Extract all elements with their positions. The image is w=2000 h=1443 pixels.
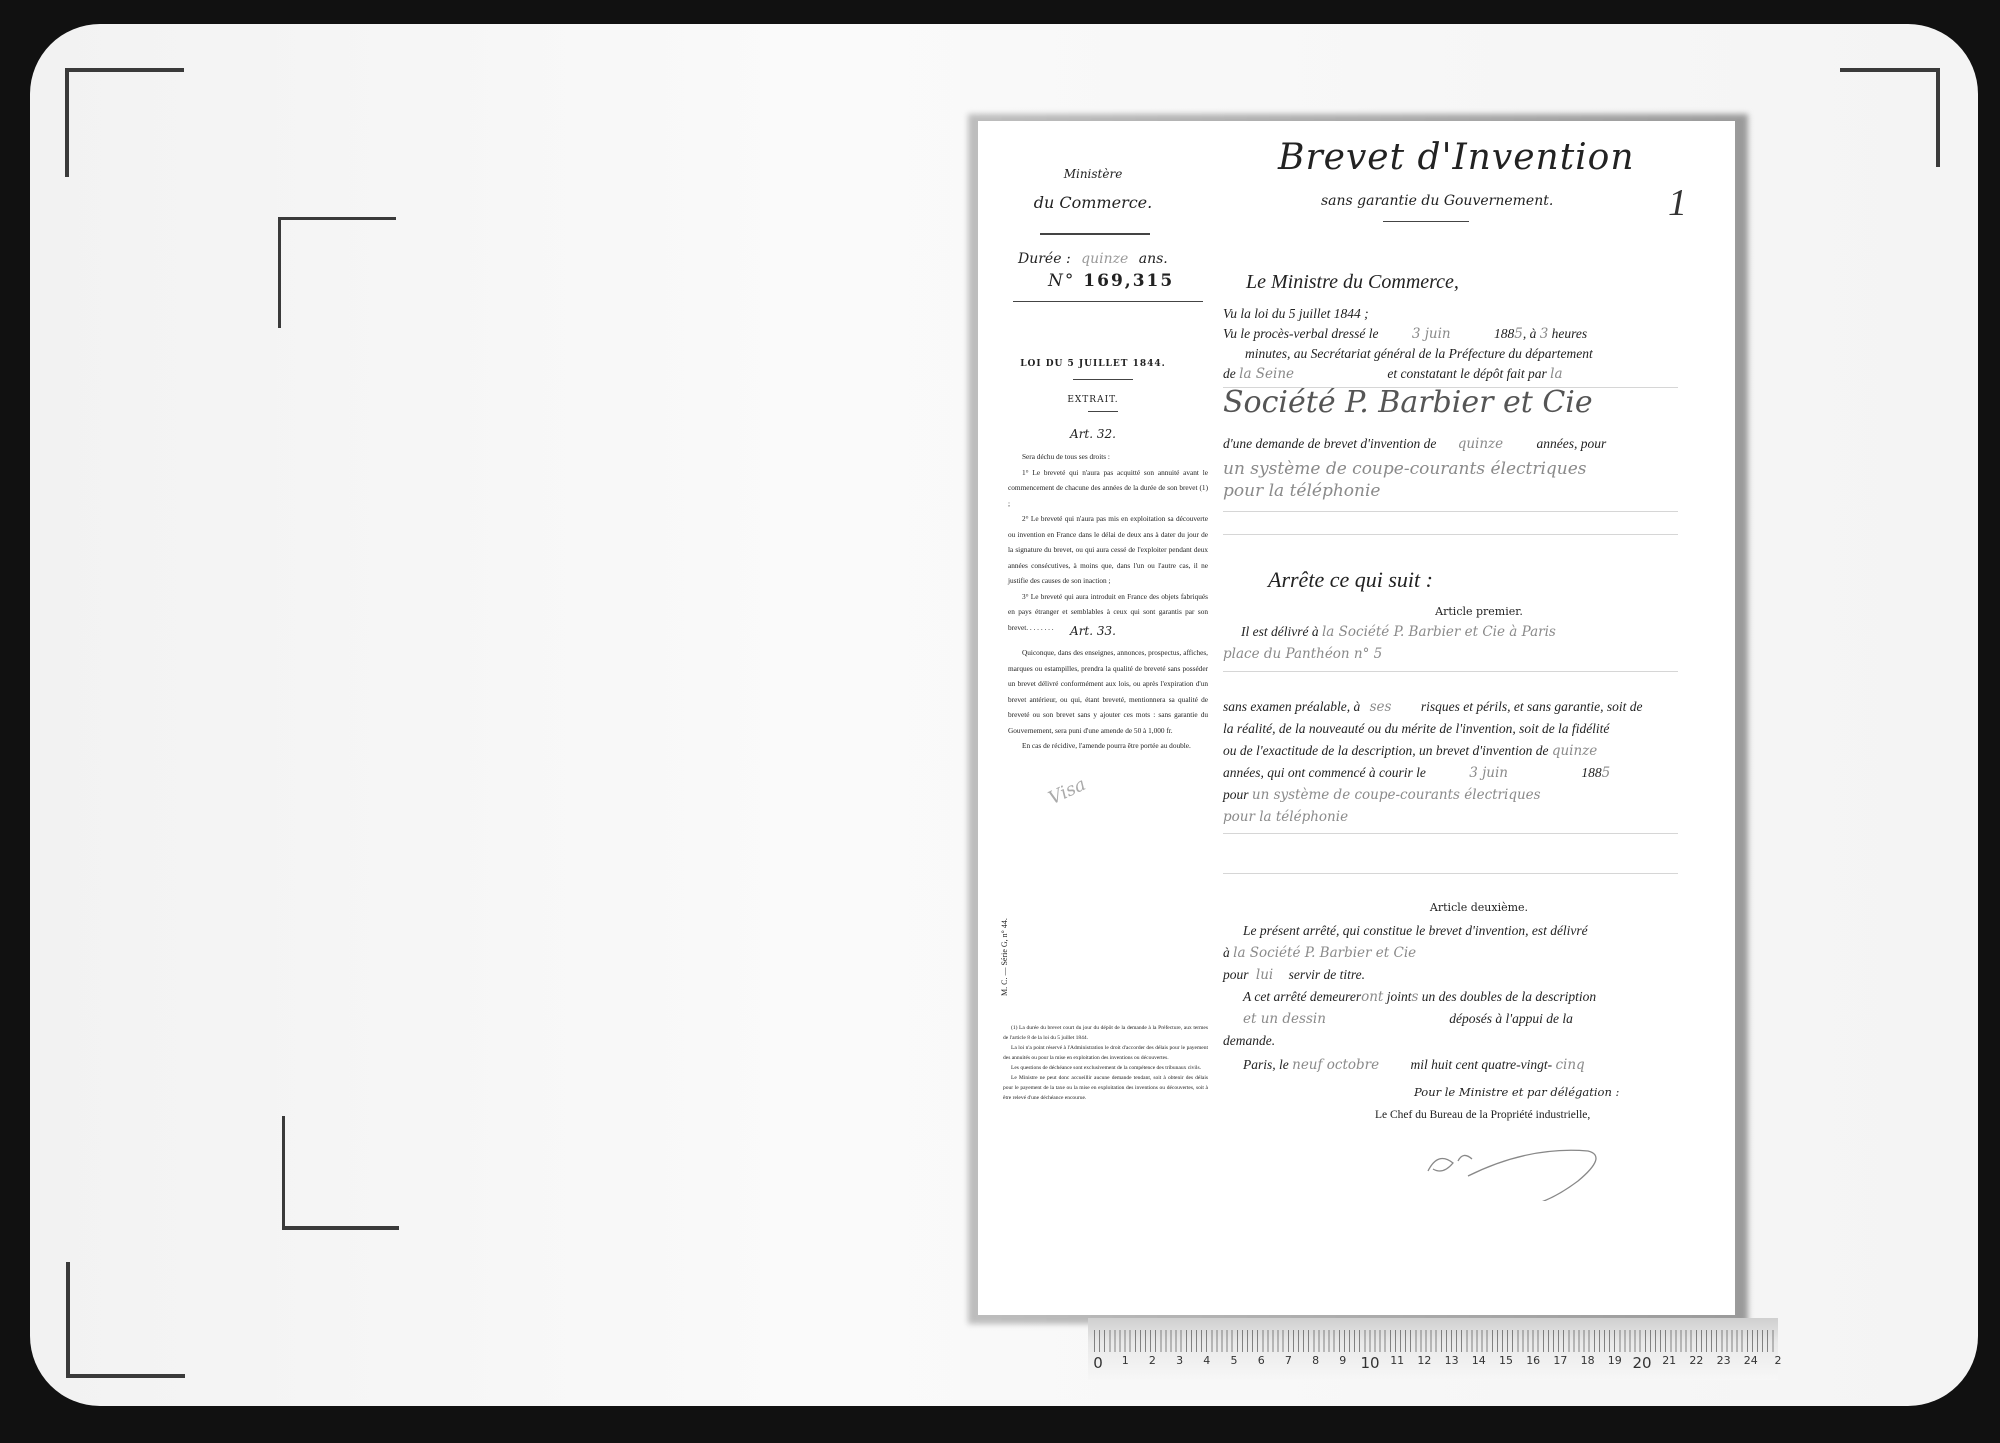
article-1-line-b: sans examen préalable, à ses risques et … — [1223, 697, 1678, 717]
signature-flourish — [1398, 1131, 1618, 1201]
extract-label: EXTRAIT. — [978, 395, 1208, 405]
ruler-label: 18 — [1581, 1354, 1595, 1367]
art1-e: ou de l'exactitude de la description, un… — [1223, 743, 1548, 758]
ruler-label: 13 — [1445, 1354, 1459, 1367]
pv-date: 3 juin — [1412, 326, 1451, 342]
ministry-label: Ministère — [978, 167, 1208, 181]
ruler-label: 17 — [1553, 1354, 1567, 1367]
ruler-label: 8 — [1312, 1354, 1319, 1367]
demande-years: quinze — [1458, 436, 1503, 452]
proces-verbal-line: Vu le procès-verbal dressé le 3 juin 188… — [1223, 324, 1678, 344]
art2-joint: joint — [1387, 989, 1412, 1004]
article-2-title-line: pour lui servir de titre. — [1223, 965, 1678, 985]
article-32-para-1: 1° Le breveté qui n'aura pas acquitté so… — [1008, 465, 1208, 512]
ministry-name: du Commerce. — [978, 193, 1208, 212]
art2-annex: et un dessin — [1243, 1011, 1326, 1027]
duration-label: Durée : — [1018, 251, 1071, 267]
form-rule — [1223, 833, 1678, 834]
footnote-4: Le Ministre ne peut donc accueillir aucu… — [1003, 1073, 1208, 1103]
document-subtitle: sans garantie du Gouvernement. — [1321, 193, 1553, 209]
divider — [1088, 411, 1118, 412]
ruler-label: 12 — [1417, 1354, 1431, 1367]
pv-year-suffix: 5 — [1514, 326, 1523, 342]
art1-invention-2: pour la téléphonie — [1223, 809, 1348, 825]
art2-ont: ont — [1361, 989, 1383, 1005]
inner-bracket-bottom-left — [282, 1116, 399, 1230]
ornament-divider — [1040, 233, 1150, 235]
minutes-line: minutes, au Secrétariat général de la Pr… — [1223, 344, 1700, 364]
delegation-line: Pour le Ministre et par délégation : — [1414, 1085, 1619, 1099]
ruler-label: 2 — [1149, 1354, 1156, 1367]
date-line: Paris, le neuf octobre mil huit cent qua… — [1223, 1055, 1698, 1075]
form-reference: M. C. — Série G, n° 44. — [1000, 918, 1009, 996]
article-1-holder-line: Il est délivré à la Société P. Barbier e… — [1223, 622, 1696, 642]
ruler-label: 14 — [1472, 1354, 1486, 1367]
pv-label: Vu le procès-verbal dressé le — [1223, 326, 1378, 341]
ruler-label: 3 — [1176, 1354, 1183, 1367]
ornament-divider — [1383, 221, 1469, 222]
art1-date: 3 juin — [1469, 765, 1508, 781]
art1-c: risques et périls, et sans garantie, soi… — [1421, 699, 1643, 714]
demande-text-end: années, pour — [1537, 436, 1607, 451]
art1-ses: ses — [1370, 699, 1392, 715]
ruler-label: 10 — [1360, 1354, 1379, 1372]
department-value: la Seine — [1239, 366, 1294, 382]
department-line: de la Seine et constatant le dépôt fait … — [1223, 364, 1678, 384]
article-deuxieme-heading: Article deuxième. — [978, 901, 1735, 914]
art2-servir: servir de titre. — [1289, 967, 1365, 982]
article-1-line-e: ou de l'exactitude de la description, un… — [1223, 741, 1678, 761]
invention-line-1: un système de coupe-courants électriques — [1223, 459, 1678, 480]
number-value: 169,315 — [1083, 271, 1174, 291]
article-32-title: Art. 32. — [978, 427, 1208, 441]
ruler-label: 6 — [1258, 1354, 1265, 1367]
arrete-heading: Arrête ce qui suit : — [1268, 567, 1433, 593]
dept-prefix: de — [1223, 366, 1236, 381]
article-33-para-2: En cas de récidive, l'amende pourra être… — [1008, 738, 1208, 754]
art2-lui: lui — [1256, 967, 1273, 983]
art2-b: A cet arrêté demeurer — [1243, 989, 1361, 1004]
article-premier-label: Article premier. — [1252, 605, 1707, 618]
article-1-address-line: place du Panthéon n° 5 — [1223, 644, 1678, 664]
ruler-label: 23 — [1717, 1354, 1731, 1367]
date-mid: mil huit cent quatre-vingt- — [1411, 1057, 1553, 1072]
date-year-end: cinq — [1555, 1057, 1584, 1073]
art1-f: années, qui ont commencé à courir le — [1223, 765, 1426, 780]
art2-s: s — [1411, 989, 1418, 1005]
form-rule — [1223, 534, 1678, 535]
visa-annotation: Visa — [1045, 774, 1089, 809]
art2-pour: pour — [1223, 967, 1249, 982]
date-prefix: Paris, le — [1243, 1057, 1289, 1072]
art2-to-prefix: à — [1223, 945, 1230, 960]
footnote-1: (1) La durée du brevet court du jour du … — [1003, 1023, 1208, 1043]
ruler-labels: 0123456789101112131415161718192021222324… — [1088, 1354, 1778, 1374]
corner-bracket-top-right — [1840, 68, 1940, 167]
art2-c: un des doubles de la description — [1422, 989, 1596, 1004]
divider — [1013, 301, 1203, 302]
article-2-line-a: Le présent arrêté, qui constitue le brev… — [1223, 921, 1698, 941]
ruler-label: 20 — [1632, 1354, 1651, 1372]
ruler-label: 11 — [1390, 1354, 1404, 1367]
article-deuxieme-label: Article deuxième. — [1252, 901, 1707, 914]
invention-title-2: pour la téléphonie — [1223, 481, 1380, 501]
article-33-text: Quiconque, dans des enseignes, annonces,… — [1008, 645, 1208, 754]
article-32-para-2: 2° Le breveté qui n'aura pas mis en expl… — [1008, 511, 1208, 589]
footnote: (1) La durée du brevet court du jour du … — [1003, 1023, 1208, 1103]
article-2-recipient: la Société P. Barbier et Cie — [1233, 945, 1416, 961]
art1-years: quinze — [1552, 743, 1597, 759]
demande-line: d'une demande de brevet d'invention de q… — [1223, 434, 1678, 454]
pv-year-prefix: 188 — [1494, 326, 1514, 341]
article-33-title: Art. 33. — [978, 624, 1208, 638]
art1-invention-1: un système de coupe-courants électriques — [1252, 787, 1541, 803]
form-rule — [1223, 671, 1678, 672]
ruler-label: 22 — [1689, 1354, 1703, 1367]
ruler-label: 24 — [1744, 1354, 1758, 1367]
patent-document: Ministère du Commerce. Durée : quinze an… — [978, 121, 1735, 1315]
form-rule — [1223, 511, 1678, 512]
duration-unit: ans. — [1139, 251, 1168, 267]
duration-field: Durée : quinze ans. — [1018, 251, 1168, 267]
pv-at: , à — [1523, 326, 1537, 341]
inner-bracket-top-left — [278, 217, 396, 328]
folio-number: 1 — [1668, 181, 1687, 225]
article-32-intro: Sera déchu de tous ses droits : — [1008, 449, 1208, 465]
applicant-line: Société P. Barbier et Cie — [1223, 393, 1678, 433]
minister-heading: Le Ministre du Commerce, — [1246, 271, 1459, 294]
ruler-label: 21 — [1662, 1354, 1676, 1367]
invention-line-2: pour la téléphonie — [1223, 481, 1678, 502]
ruler-label: 19 — [1608, 1354, 1622, 1367]
depot-article: la — [1550, 366, 1562, 382]
applicant-name: Société P. Barbier et Cie — [1223, 385, 1593, 420]
footnote-2: La loi n'a point réservé à l'Administrat… — [1003, 1043, 1208, 1063]
signatory-title: Le Chef du Bureau de la Propriété indust… — [1375, 1109, 1590, 1121]
article-2-demande: demande. — [1223, 1031, 1678, 1051]
art1-year: 188 — [1581, 765, 1601, 780]
corner-bracket-top-left — [65, 68, 184, 177]
art1-pour: pour — [1223, 787, 1249, 802]
ruler-label: 16 — [1526, 1354, 1540, 1367]
demande-text: d'une demande de brevet d'invention de — [1223, 436, 1436, 451]
article-33-para-1: Quiconque, dans des enseignes, annonces,… — [1008, 645, 1208, 738]
pv-hour-label: heures — [1552, 326, 1588, 341]
article-1-invention-line-1: pour un système de coupe-courants électr… — [1223, 785, 1678, 805]
article-1-line-d: la réalité, de la nouveauté ou du mérite… — [1223, 719, 1678, 739]
holder-address: place du Panthéon n° 5 — [1223, 646, 1382, 662]
article-1-invention-line-2: pour la téléphonie — [1223, 807, 1678, 827]
ruler-label: 5 — [1231, 1354, 1238, 1367]
form-rule — [1223, 873, 1678, 874]
article-premier-heading: Article premier. — [978, 605, 1735, 618]
ruler-label: 0 — [1093, 1354, 1103, 1372]
art2-d: déposés à l'appui de la — [1449, 1011, 1573, 1026]
art1-b: sans examen préalable, à — [1223, 699, 1360, 714]
article-2-recipient-line: à la Société P. Barbier et Cie — [1223, 943, 1678, 963]
corner-bracket-bottom-left — [66, 1262, 185, 1378]
article-2-annex-line: A cet arrêté demeureront joints un des d… — [1223, 987, 1698, 1007]
ruler-label: 4 — [1203, 1354, 1210, 1367]
pv-hour: 3 — [1540, 326, 1549, 342]
number-prefix: N° — [1048, 271, 1075, 291]
art1-year-suffix: 5 — [1602, 765, 1611, 781]
measurement-ruler: 0123456789101112131415161718192021222324… — [1088, 1318, 1778, 1380]
art1-text: Il est délivré à — [1241, 624, 1319, 639]
ruler-label: 2 — [1775, 1354, 1782, 1367]
divider — [1073, 379, 1133, 380]
invention-title-1: un système de coupe-courants électriques — [1223, 459, 1587, 479]
ruler-label: 7 — [1285, 1354, 1292, 1367]
ruler-label: 1 — [1122, 1354, 1129, 1367]
patent-number: N° 169,315 — [1048, 271, 1174, 291]
footnote-3: Les questions de déchéance sont exclusiv… — [1003, 1063, 1208, 1073]
date-day-month: neuf octobre — [1292, 1057, 1379, 1073]
law-title: LOI DU 5 JUILLET 1844. — [978, 359, 1208, 369]
article-2-drawing-line: et un dessin déposés à l'appui de la — [1223, 1009, 1678, 1029]
ruler-ticks — [1094, 1330, 1774, 1352]
ruler-label: 9 — [1339, 1354, 1346, 1367]
duration-value: quinze — [1081, 251, 1128, 267]
article-1-line-f: années, qui ont commencé à courir le 3 j… — [1223, 763, 1678, 783]
ruler-label: 15 — [1499, 1354, 1513, 1367]
depot-text: et constatant le dépôt fait par — [1387, 366, 1546, 381]
document-title: Brevet d'Invention — [1278, 137, 1635, 178]
article-1-holder: la Société P. Barbier et Cie à Paris — [1322, 624, 1556, 640]
vu-loi-line: Vu la loi du 5 juillet 1844 ; — [1223, 304, 1678, 324]
